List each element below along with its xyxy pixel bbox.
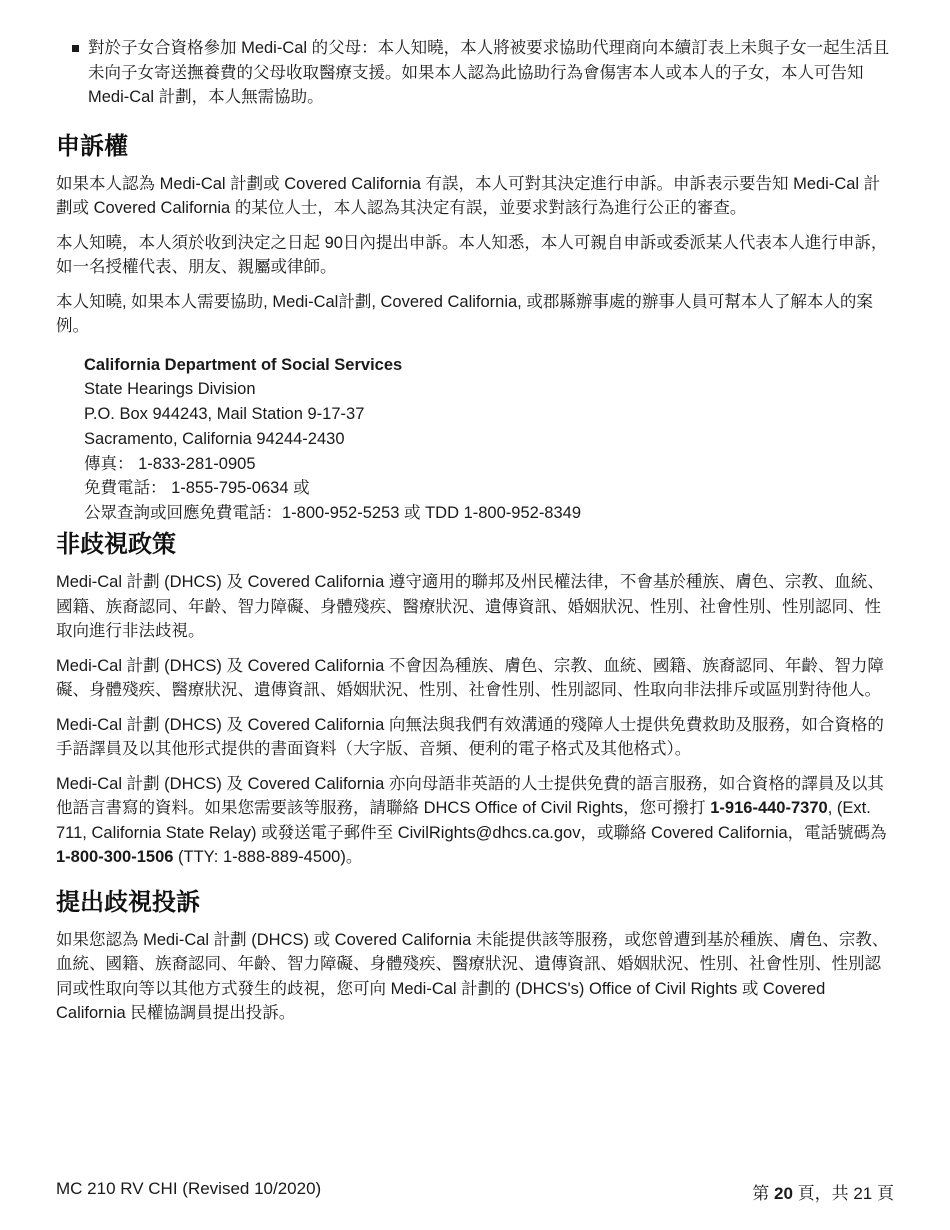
page-suffix: 頁，共 21 頁 [793,1184,894,1203]
nondiscrimination-paragraph-2: Medi-Cal 計劃 (DHCS) 及 Covered California … [56,654,896,703]
nondiscrimination-paragraph-4: Medi-Cal 計劃 (DHCS) 及 Covered California … [56,772,896,870]
address-fax: 傳真： 1-833-281-0905 [84,452,896,477]
section-heading-complaint: 提出歧視投訴 [56,888,896,918]
bullet-item: 對於子女合資格參加 Medi-Cal 的父母：本人知曉，本人將被要求協助代理商向… [72,36,896,110]
page-number: 第 20 頁，共 21 頁 [752,1179,894,1204]
nondiscrimination-paragraph-1: Medi-Cal 計劃 (DHCS) 及 Covered California … [56,570,896,644]
appeal-paragraph-2: 本人知曉，本人須於收到決定之日起 90日內提出申訴。本人知悉，本人可親自申訴或委… [56,231,896,280]
address-division: State Hearings Division [84,377,896,402]
section-heading-appeal: 申訴權 [56,132,896,162]
address-public-inquiry: 公眾查詢或回應免費電話：1-800-952-5253 或 TDD 1-800-9… [84,501,896,526]
form-id: MC 210 RV CHI (Revised 10/2020) [56,1179,321,1204]
p4-text-c: (TTY: 1-888-889-4500)。 [173,848,362,866]
page-prefix: 第 [752,1184,774,1203]
complaint-paragraph-1: 如果您認為 Medi-Cal 計劃 (DHCS) 或 Covered Calif… [56,928,896,1026]
address-org: California Department of Social Services [84,353,896,378]
appeal-paragraph-1: 如果本人認為 Medi-Cal 計劃或 Covered California 有… [56,172,896,221]
section-heading-nondiscrimination: 非歧視政策 [56,530,896,560]
page-footer: MC 210 RV CHI (Revised 10/2020) 第 20 頁，共… [56,1179,894,1204]
address-block: California Department of Social Services… [84,353,896,527]
dhcs-phone: 1-916-440-7370 [710,799,827,817]
covered-california-phone: 1-800-300-1506 [56,848,173,866]
address-city: Sacramento, California 94244-2430 [84,427,896,452]
appeal-paragraph-3: 本人知曉, 如果本人需要協助, Medi-Cal計劃, Covered Cali… [56,290,896,339]
document-page: 對於子女合資格參加 Medi-Cal 的父母：本人知曉，本人將被要求協助代理商向… [56,36,896,1026]
bullet-text: 對於子女合資格參加 Medi-Cal 的父母：本人知曉，本人將被要求協助代理商向… [88,36,896,110]
current-page: 20 [774,1184,793,1203]
address-toll-free: 免費電話： 1-855-795-0634 或 [84,476,896,501]
square-bullet-icon [72,45,79,52]
address-po-box: P.O. Box 944243, Mail Station 9-17-37 [84,402,896,427]
nondiscrimination-paragraph-3: Medi-Cal 計劃 (DHCS) 及 Covered California … [56,713,896,762]
